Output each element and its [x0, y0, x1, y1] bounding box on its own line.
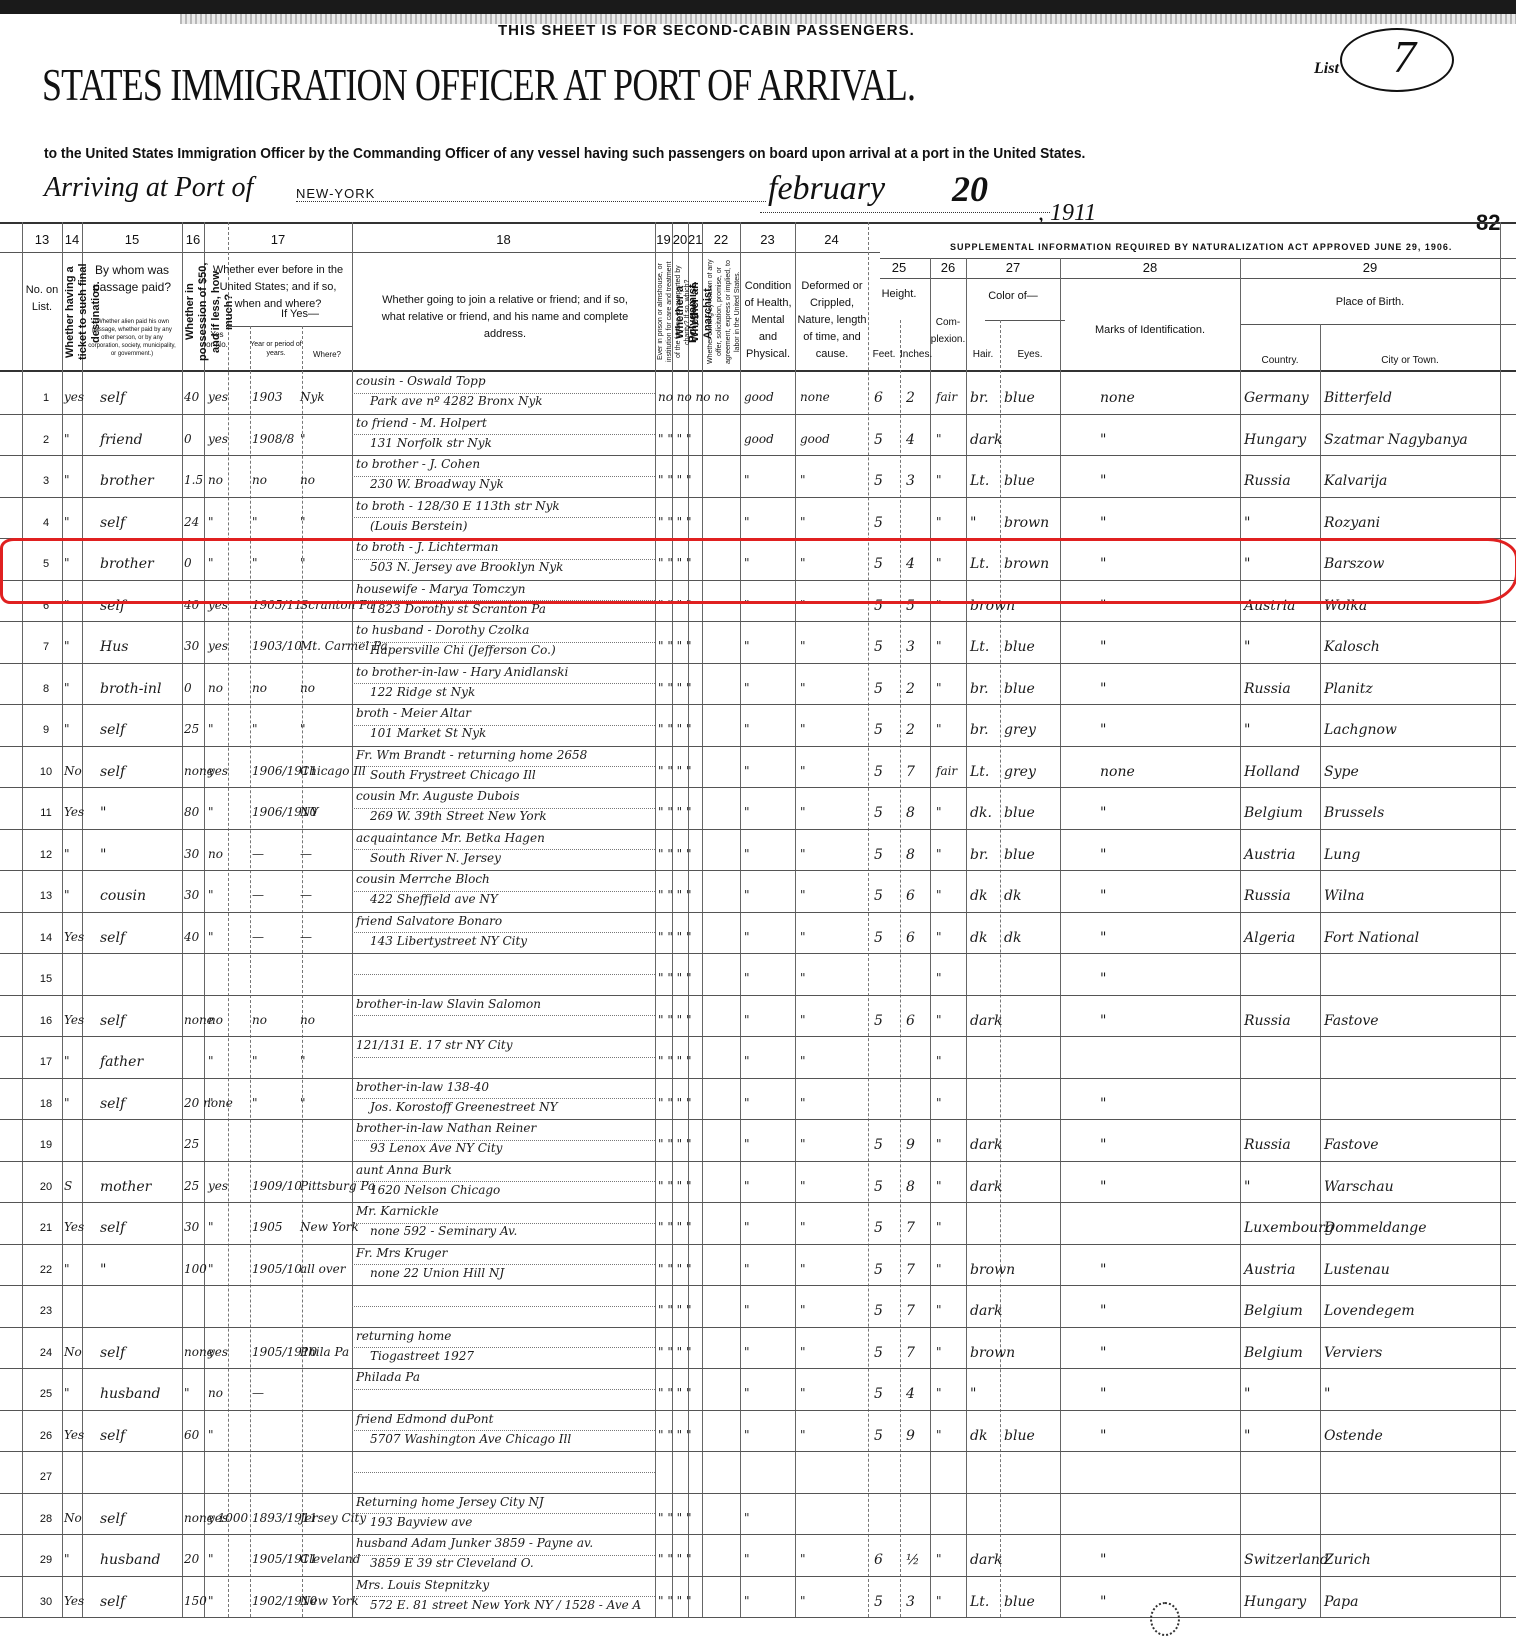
header-hair: Hair. — [966, 346, 1000, 363]
marks-cell: " — [1100, 1428, 1106, 1444]
country-cell: Switzerland — [1244, 1552, 1329, 1568]
before-us-cell: " — [208, 1428, 214, 1442]
hair-cell: Lt. — [970, 473, 989, 489]
complexion-cell: " — [936, 1552, 942, 1566]
join-relative-cell: friend Salvatore Bonaro — [356, 914, 502, 928]
deformed-cell: " — [800, 1594, 806, 1608]
join-relative-cell: cousin Merrche Bloch — [356, 872, 490, 886]
deformed-cell: " — [800, 1262, 806, 1276]
hair-cell: br. — [970, 390, 989, 406]
address-guide-line — [352, 1057, 655, 1058]
join-relative-cell: to husband - Dorothy Czolka — [356, 623, 529, 637]
feet-cell: 5 — [874, 515, 883, 531]
year-cell: 1908/8 — [252, 432, 294, 446]
hair-cell: brown — [970, 1262, 1015, 1278]
complexion-cell: " — [936, 681, 942, 695]
feet-cell: 5 — [874, 722, 883, 738]
q19-22-cell: " " " " — [658, 556, 692, 570]
address-cell: 1823 Dorothy st Scranton Pa — [370, 602, 546, 616]
city-cell: Sype — [1324, 764, 1359, 780]
complexion-cell: fair — [936, 764, 957, 778]
complexion-cell: " — [936, 722, 942, 736]
money-cell: 0 — [184, 681, 192, 695]
q19-22-cell: " " " " — [658, 1511, 692, 1525]
feet-cell: 5 — [874, 432, 883, 448]
city-cell: Kalosch — [1324, 639, 1380, 655]
hair-cell: Lt. — [970, 556, 989, 572]
row-divider — [0, 580, 1516, 581]
before-us-cell: yes — [208, 598, 228, 612]
feet-cell: 6 — [874, 390, 883, 406]
health-cell: " — [744, 1096, 750, 1110]
year-cell: no — [252, 473, 267, 487]
inches-cell: 9 — [906, 1137, 915, 1153]
address-cell: 422 Sheffield ave NY — [370, 892, 498, 906]
inches-cell: 5 — [906, 598, 915, 614]
city-cell: Barszow — [1324, 556, 1384, 572]
address-cell: 572 E. 81 street New York NY / 1528 - Av… — [370, 1598, 641, 1612]
year-cell: — — [252, 888, 264, 902]
marks-cell: " — [1100, 1386, 1106, 1402]
money-cell: 30 — [184, 888, 199, 902]
deformed-cell: " — [800, 556, 806, 570]
header-complexion: Com-plexion. — [930, 314, 966, 348]
health-cell: " — [744, 888, 750, 902]
feet-cell: 5 — [874, 847, 883, 863]
paid-by-cell: self — [100, 1096, 125, 1112]
complexion-cell: " — [936, 1262, 942, 1276]
health-cell: " — [744, 1179, 750, 1193]
money-cell: 0 — [184, 556, 192, 570]
country-cell: " — [1244, 1428, 1250, 1444]
money-cell: 25 — [184, 722, 199, 736]
address-cell: 269 W. 39th Street New York — [370, 809, 547, 823]
inches-cell: 8 — [906, 805, 915, 821]
row-divider — [0, 1036, 1516, 1037]
supplemental-note: SUPPLEMENTAL INFORMATION REQUIRED BY NAT… — [950, 242, 1452, 252]
q19-22-cell: " " " " — [658, 764, 692, 778]
feet-cell: 6 — [874, 1552, 883, 1568]
where-cell: " — [300, 515, 306, 529]
where-cell: " — [300, 1096, 306, 1110]
hair-cell: br. — [970, 722, 989, 738]
before-us-cell: " — [208, 1054, 214, 1068]
health-cell: " — [744, 473, 750, 487]
city-cell: Fort National — [1324, 930, 1419, 946]
q19-22-cell: " " " " — [658, 971, 692, 985]
country-cell: Austria — [1244, 1262, 1295, 1278]
join-relative-cell: 121/131 E. 17 str NY City — [356, 1038, 513, 1052]
country-cell: Russia — [1244, 1137, 1291, 1153]
health-cell: " — [744, 1386, 750, 1400]
country-cell: Belgium — [1244, 1303, 1303, 1319]
paid-by-cell: " — [100, 1262, 106, 1278]
paid-by-cell: self — [100, 764, 125, 780]
city-cell: Planitz — [1324, 681, 1373, 697]
feet-cell: 5 — [874, 681, 883, 697]
address-guide-line — [352, 1472, 655, 1473]
where-cell: " — [300, 432, 306, 446]
header-labor-contract: Whether coming by reason of any offer, s… — [706, 258, 742, 366]
q19-22-cell: " " " " — [658, 1096, 692, 1110]
join-relative-cell: cousin Mr. Auguste Dubois — [356, 789, 520, 803]
row-number: 24 — [36, 1347, 56, 1359]
year-cell: " — [252, 1054, 258, 1068]
hair-cell: dark — [970, 1179, 1002, 1195]
paid-by-cell: broth-inl — [100, 681, 161, 697]
before-us-cell: yes — [208, 639, 228, 653]
join-relative-cell: brother-in-law Slavin Salomon — [356, 997, 541, 1011]
money-cell: 30 — [184, 1220, 199, 1234]
row-divider — [0, 995, 1516, 996]
row-number: 26 — [36, 1430, 56, 1442]
marks-cell: " — [1100, 556, 1106, 572]
money-cell: 1.5 — [184, 473, 203, 487]
q19-22-cell: " " " " — [658, 1552, 692, 1566]
row-divider — [0, 1285, 1516, 1286]
colnum-20: 20 — [672, 232, 688, 247]
complexion-cell: " — [936, 1179, 942, 1193]
row-number: 8 — [36, 683, 56, 695]
row-divider — [0, 414, 1516, 415]
inches-cell: 6 — [906, 888, 915, 904]
join-relative-cell: cousin - Oswald Topp — [356, 374, 486, 388]
year-cell: 1905/10 — [252, 1262, 302, 1276]
row-divider — [0, 1617, 1516, 1618]
marks-cell: " — [1100, 1345, 1106, 1361]
money-cell: 30 — [184, 847, 199, 861]
eyes-cell: brown — [1004, 556, 1049, 572]
q19-22-cell: " " " " — [658, 1013, 692, 1027]
where-cell: NY — [300, 805, 318, 819]
city-cell: Lung — [1324, 847, 1360, 863]
year-cell: no — [252, 1013, 267, 1027]
marks-cell: " — [1100, 1179, 1106, 1195]
q19-22-cell: " " " " — [658, 1054, 692, 1068]
country-cell: Belgium — [1244, 805, 1303, 821]
complexion-cell: " — [936, 1428, 942, 1442]
health-cell: " — [744, 598, 750, 612]
colnum-17: 17 — [204, 232, 352, 247]
where-cell: " — [300, 556, 306, 570]
deformed-cell: " — [800, 805, 806, 819]
q19-22-cell: " " " " — [658, 1428, 692, 1442]
where-cell: no — [300, 681, 315, 695]
paid-by-cell: self — [100, 1220, 125, 1236]
city-cell: Kalvarija — [1324, 473, 1387, 489]
complexion-cell: " — [936, 1220, 942, 1234]
ticket-cell: " — [64, 888, 70, 902]
inches-cell: 3 — [906, 639, 915, 655]
address-cell: Hapersville Chi (Jefferson Co.) — [370, 643, 556, 657]
country-cell: Austria — [1244, 598, 1295, 614]
deformed-cell: " — [800, 888, 806, 902]
header-passage-note: (Whether alien paid his own passage, whe… — [86, 318, 178, 358]
health-cell: " — [744, 1262, 750, 1276]
q19-22-cell: " " " " — [658, 847, 692, 861]
feet-cell: 5 — [874, 1137, 883, 1153]
ticket-cell: No — [64, 1511, 82, 1525]
feet-cell: 5 — [874, 888, 883, 904]
row-divider — [0, 663, 1516, 664]
country-cell: Luxembourg — [1244, 1220, 1334, 1236]
row-number: 12 — [36, 849, 56, 861]
colnum-15: 15 — [82, 232, 182, 247]
health-cell: " — [744, 722, 750, 736]
deformed-cell: " — [800, 473, 806, 487]
eyes-cell: grey — [1004, 722, 1036, 738]
q19-22-cell: " " " " — [658, 473, 692, 487]
marks-cell: none — [1100, 390, 1135, 406]
ticket-cell: yes — [64, 390, 84, 404]
country-cell: Russia — [1244, 1013, 1291, 1029]
address-cell: 5707 Washington Ave Chicago Ill — [370, 1432, 571, 1446]
marks-cell: " — [1100, 888, 1106, 904]
ticket-cell: Yes — [64, 1594, 84, 1608]
marks-cell: " — [1100, 1552, 1106, 1568]
address-cell: Jos. Korostoff Greenestreet NY — [370, 1100, 558, 1114]
colnum-16: 16 — [182, 232, 204, 247]
eyes-cell: blue — [1004, 805, 1035, 821]
hair-cell: br. — [970, 847, 989, 863]
hair-cell: dark — [970, 1137, 1002, 1153]
row-divider — [0, 1410, 1516, 1411]
country-cell: " — [1244, 556, 1250, 572]
marks-cell: " — [1100, 1096, 1106, 1112]
row-number: 18 — [36, 1098, 56, 1110]
deformed-cell: " — [800, 764, 806, 778]
city-cell: Fastove — [1324, 1013, 1379, 1029]
address-guide-line — [352, 974, 655, 975]
hair-cell: dk. — [970, 805, 992, 821]
join-relative-cell: to broth - 128/30 E 113th str Nyk — [356, 499, 560, 513]
city-cell: Ostende — [1324, 1428, 1383, 1444]
ticket-cell: " — [64, 515, 70, 529]
where-cell: Cleveland — [300, 1552, 360, 1566]
city-cell: Zurich — [1324, 1552, 1371, 1568]
ticket-cell: Yes — [64, 1428, 84, 1442]
health-cell: " — [744, 1303, 750, 1317]
city-cell: " — [1324, 1386, 1330, 1402]
health-cell: " — [744, 805, 750, 819]
city-cell: Papa — [1324, 1594, 1358, 1610]
inches-cell: 2 — [906, 722, 915, 738]
header-inches: Inches. — [900, 346, 930, 363]
row-number: 10 — [36, 766, 56, 778]
city-cell: Rozyani — [1324, 515, 1380, 531]
q19-22-cell: " " " " — [658, 639, 692, 653]
ticket-cell: No — [64, 1345, 82, 1359]
where-cell: New York — [300, 1594, 359, 1608]
page-subtitle: to the United States Immigration Officer… — [44, 145, 1085, 162]
hair-cell: brown — [970, 598, 1015, 614]
complexion-cell: " — [936, 1013, 942, 1027]
deformed-cell: " — [800, 1137, 806, 1151]
ticket-cell: " — [64, 1386, 70, 1400]
ticket-cell: " — [64, 598, 70, 612]
inches-cell: 6 — [906, 1013, 915, 1029]
address-cell: 101 Market St Nyk — [370, 726, 486, 740]
before-us-cell: " — [208, 1096, 214, 1110]
row-divider — [0, 1368, 1516, 1369]
complexion-cell: " — [936, 1303, 942, 1317]
address-cell: 122 Ridge st Nyk — [370, 685, 475, 699]
marks-cell: " — [1100, 971, 1106, 987]
ink-smudge — [1150, 1602, 1180, 1636]
money-cell: 24 — [184, 515, 199, 529]
row-divider — [0, 870, 1516, 871]
address-cell: (Louis Berstein) — [370, 519, 467, 533]
row-divider — [0, 1202, 1516, 1203]
address-cell: 93 Lenox Ave NY City — [370, 1141, 502, 1155]
feet-cell: 5 — [874, 1013, 883, 1029]
health-cell: good — [744, 432, 774, 446]
complexion-cell: " — [936, 888, 942, 902]
header-feet: Feet. — [868, 346, 900, 363]
before-us-cell: " — [208, 888, 214, 902]
feet-cell: 5 — [874, 764, 883, 780]
deformed-cell: " — [800, 1552, 806, 1566]
complexion-cell: " — [936, 515, 942, 529]
paid-by-cell: self — [100, 1594, 125, 1610]
q19-22-cell: " " " " — [658, 1386, 692, 1400]
country-cell: " — [1244, 639, 1250, 655]
row-number: 20 — [36, 1181, 56, 1193]
colnum-21: 21 — [688, 232, 702, 247]
join-relative-cell: Philada Pa — [356, 1370, 420, 1384]
marks-cell: " — [1100, 473, 1106, 489]
header-city: City or Town. — [1320, 352, 1500, 369]
country-cell: " — [1244, 722, 1250, 738]
complexion-cell: " — [936, 805, 942, 819]
before-us-cell: yes — [208, 432, 228, 446]
scan-top-edge — [0, 0, 1516, 14]
complexion-cell: " — [936, 971, 942, 985]
country-cell: Russia — [1244, 473, 1291, 489]
money-cell: 20 — [184, 1552, 199, 1566]
country-cell: " — [1244, 1386, 1250, 1402]
address-cell: South River N. Jersey — [370, 851, 501, 865]
feet-cell: 5 — [874, 1220, 883, 1236]
country-cell: Austria — [1244, 847, 1295, 863]
ticket-cell: S — [64, 1179, 72, 1193]
row-number: 2 — [36, 434, 56, 446]
year-cell: — — [252, 1386, 264, 1400]
health-cell: " — [744, 1345, 750, 1359]
marks-cell: " — [1100, 1013, 1106, 1029]
date-day: 20 — [952, 168, 988, 210]
money-cell: 0 — [184, 432, 192, 446]
row-number: 5 — [36, 558, 56, 570]
list-number: 7 — [1393, 30, 1416, 83]
row-number: 13 — [36, 890, 56, 902]
ticket-cell: " — [64, 473, 70, 487]
deformed-cell: " — [800, 1054, 806, 1068]
country-cell: Algeria — [1244, 930, 1295, 946]
q19-22-cell: " " " " — [658, 930, 692, 944]
marks-cell: " — [1100, 515, 1106, 531]
city-cell: Wolka — [1324, 598, 1367, 614]
health-cell: " — [744, 515, 750, 529]
city-cell: Fastove — [1324, 1137, 1379, 1153]
row-number: 4 — [36, 517, 56, 529]
marks-cell: " — [1100, 639, 1106, 655]
money-cell: 100 — [184, 1262, 207, 1276]
inches-cell: 8 — [906, 1179, 915, 1195]
where-cell: no — [300, 473, 315, 487]
paid-by-cell: self — [100, 1428, 125, 1444]
row-number: 23 — [36, 1305, 56, 1317]
row-number: 3 — [36, 475, 56, 487]
inches-cell: ½ — [906, 1552, 920, 1568]
join-relative-cell: to brother-in-law - Hary Anidlanski — [356, 665, 568, 679]
inches-cell: 9 — [906, 1428, 915, 1444]
where-cell: New York — [300, 1220, 359, 1234]
marks-cell: " — [1100, 930, 1106, 946]
inches-cell: 4 — [906, 432, 915, 448]
address-cell: none 22 Union Hill NJ — [370, 1266, 504, 1280]
row-number: 15 — [36, 973, 56, 985]
paid-by-cell: self — [100, 515, 125, 531]
ticket-cell: " — [64, 1262, 70, 1276]
feet-cell: 5 — [874, 598, 883, 614]
health-cell: " — [744, 1511, 750, 1525]
list-label: List — [1314, 60, 1339, 78]
feet-cell: 5 — [874, 556, 883, 572]
header-health: Condition of Health, Mental and Physical… — [742, 278, 794, 363]
city-cell: Wilna — [1324, 888, 1364, 904]
marks-cell: none — [1100, 764, 1135, 780]
address-cell: Park ave nº 4282 Bronx Nyk — [370, 394, 543, 408]
city-cell: Szatmar Nagybanya — [1324, 432, 1468, 448]
colnum-29: 29 — [1240, 260, 1500, 275]
row-number: 27 — [36, 1471, 56, 1483]
money-cell: 60 — [184, 1428, 199, 1442]
deformed-cell: " — [800, 847, 806, 861]
colnum-18: 18 — [352, 232, 655, 247]
header-country: Country. — [1240, 352, 1320, 369]
paid-by-cell: self — [100, 1013, 125, 1029]
marks-cell: " — [1100, 1262, 1106, 1278]
inches-cell: 8 — [906, 847, 915, 863]
row-divider — [0, 497, 1516, 498]
hair-cell: dk — [970, 1428, 987, 1444]
join-relative-cell: friend Edmond duPont — [356, 1412, 493, 1426]
ticket-cell: " — [64, 681, 70, 695]
paid-by-cell: friend — [100, 432, 143, 448]
health-cell: " — [744, 1428, 750, 1442]
health-cell: " — [744, 1137, 750, 1151]
where-cell: " — [300, 722, 306, 736]
year-cell: 1909/10 — [252, 1179, 302, 1193]
marks-cell: " — [1100, 432, 1106, 448]
q19-22-cell: " " " " — [658, 1179, 692, 1193]
city-cell: Lovendegem — [1324, 1303, 1415, 1319]
row-number: 21 — [36, 1222, 56, 1234]
before-us-cell: no — [208, 1386, 223, 1400]
health-cell: " — [744, 764, 750, 778]
complexion-cell: " — [936, 556, 942, 570]
deformed-cell: " — [800, 971, 806, 985]
colnum-27: 27 — [966, 260, 1060, 275]
hair-cell: dark — [970, 1013, 1002, 1029]
where-cell: Pittsburg Pa — [300, 1179, 375, 1193]
q19-22-cell: " " " " — [658, 1262, 692, 1276]
q19-22-cell: " " " " — [658, 888, 692, 902]
row-divider — [0, 1119, 1516, 1120]
year-cell: 1903/10 — [252, 639, 302, 653]
row-divider — [0, 538, 1516, 539]
